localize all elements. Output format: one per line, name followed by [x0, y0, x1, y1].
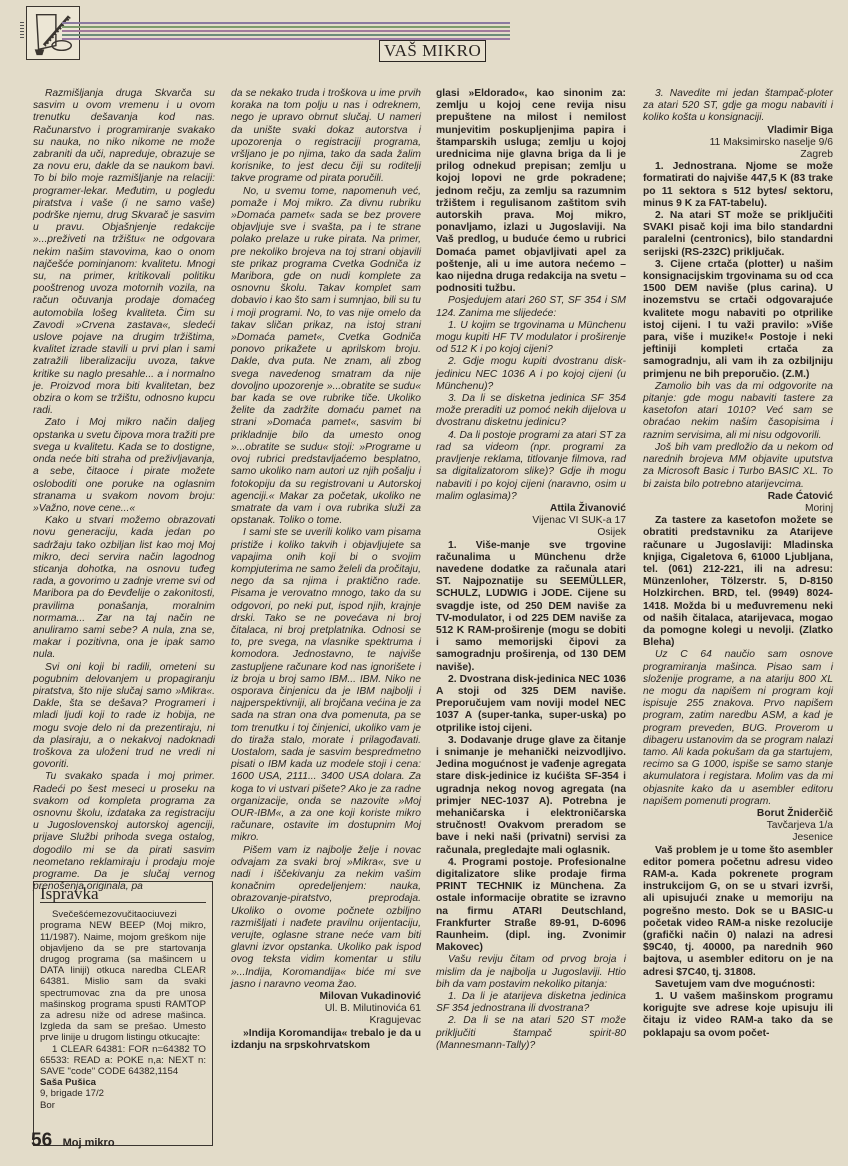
paragraph: da se nekako truda i troškova u ime prvi…: [231, 88, 421, 186]
column-3: glasi »Eldorado«, kao sinonim za: zemlju…: [436, 88, 626, 1052]
column-1: Razmišljanja druga Skvarča su sasvim u o…: [33, 88, 215, 893]
reply-paragraph: 3. Dodavanje druge glave za čitanje i sn…: [436, 735, 626, 857]
correction-body: Svečešćemezovučitaociuvezi programa NEW …: [40, 909, 206, 1043]
column-2: da se nekako truda i troškova u ime prvi…: [231, 88, 421, 1052]
reply-paragraph: Vaš problem je u tome što asembler edito…: [643, 845, 833, 979]
paragraph: I sami ste se uverili koliko vam pisama …: [231, 527, 421, 844]
reply-paragraph: Za tastere za kasetofon možete se obrati…: [643, 515, 833, 649]
section-title: VAŠ MIKRO: [379, 40, 486, 62]
paragraph: No, u svemu tome, napomenuh već, pomaže …: [231, 186, 421, 528]
page-number: 56: [31, 1130, 52, 1151]
paragraph: Kako u stvari možemo obrazovati novu gen…: [33, 515, 215, 661]
signature-address: 11 Maksimirsko naselje 9/6: [643, 137, 833, 149]
header-stripes: [62, 22, 510, 42]
letter-paragraph: 1. Da li je atarijeva disketna jedinica …: [436, 991, 626, 1015]
signature-address: Tavčarjeva 1/a: [643, 820, 833, 832]
magazine-name: Moj mikro: [63, 1137, 115, 1149]
signature-address: Ul. B. Milutinovića 61: [231, 1003, 421, 1015]
letter-paragraph: Zamolio bih vas da mi odgovorite na pita…: [643, 381, 833, 442]
paragraph: Pišem vam iz najbolje želje i novac odva…: [231, 845, 421, 991]
signature-address: Vijenac VI SUK-a 17: [436, 515, 626, 527]
correction-city: Bor: [40, 1100, 206, 1111]
decorative-ticks: [20, 22, 24, 40]
editor-reply: glasi »Eldorado«, kao sinonim za: zemlju…: [436, 88, 626, 295]
signature-city: Osijek: [436, 527, 626, 539]
signature-city: Jesenice: [643, 832, 833, 844]
correction-address: 9, brigade 17/2: [40, 1088, 206, 1099]
reply-paragraph: 1. Više-manje sve trgovine računalima u …: [436, 540, 626, 674]
signature-city: Zagreb: [643, 149, 833, 161]
letter-paragraph: 1. U kojim se trgovinama u Münchenu mogu…: [436, 320, 626, 357]
paragraph: Razmišljanja druga Skvarča su sasvim u o…: [33, 88, 215, 417]
reply-paragraph: 4. Programi postoje. Profesionalne digit…: [436, 857, 626, 955]
column-4: 3. Navedite mi jedan štampač-ploter za a…: [643, 88, 833, 1040]
correction-title: Ispravka: [40, 888, 206, 903]
reply-paragraph: Savetujem vam dve mogućnosti:: [643, 979, 833, 991]
correction-box: Ispravka Svečešćemezovučitaociuvezi prog…: [33, 881, 213, 1146]
editor-reply: »Indija Koromandija« trebalo je da u izd…: [231, 1028, 421, 1052]
letter-paragraph: 2. Da li se na atari 520 ST može priklju…: [436, 1015, 626, 1052]
letter-paragraph: Još bih vam predložio da u nekom od nare…: [643, 442, 833, 491]
correction-code: 1 CLEAR 64381: FOR n=64382 TO 65533: REA…: [40, 1044, 206, 1078]
paragraph: Zato i Moj mikro način daljeg opstanka u…: [33, 417, 215, 515]
reply-paragraph: 2. Dvostrana disk-jedinica NEC 1036 A st…: [436, 674, 626, 735]
signature-name: Borut Žniderčič: [643, 808, 833, 820]
letter-paragraph: Posjedujem atari 260 ST, SF 354 i SM 124…: [436, 295, 626, 319]
letter-paragraph: 2. Gdje mogu kupiti dvostranu disk-jedin…: [436, 356, 626, 393]
correction-author: Saša Pušica: [40, 1077, 206, 1088]
letter-paragraph: 4. Da li postoje programi za atari ST za…: [436, 430, 626, 503]
reply-paragraph: 2. Na atari ST može se priključiti SVAKI…: [643, 210, 833, 259]
signature-name: Rade Ćatović: [643, 491, 833, 503]
signature-name: Attila Živanović: [436, 503, 626, 515]
reply-paragraph: 3. Cijene crtača (plotter) u našim konsi…: [643, 259, 833, 381]
letter-paragraph: Vašu reviju čitam od prvog broja i misli…: [436, 954, 626, 991]
signature-city: Morinj: [643, 503, 833, 515]
reply-paragraph: 1. Jednostrana. Njome se može formatirat…: [643, 161, 833, 210]
page-footer: 56 Moj mikro: [31, 1130, 115, 1152]
paragraph: Tu svakako spada i moj primer. Radeći po…: [33, 771, 215, 893]
letter-paragraph: 3. Da li se disketna jedinica SF 354 mož…: [436, 393, 626, 430]
signature-city: Kragujevac: [231, 1015, 421, 1027]
reply-paragraph: 1. U vašem mašinskom programu korigujte …: [643, 991, 833, 1040]
letter-paragraph: 3. Navedite mi jedan štampač-ploter za a…: [643, 88, 833, 125]
signature-name: Vladimir Biga: [643, 125, 833, 137]
paragraph: Svi oni koji bi radili, ometeni su pogub…: [33, 662, 215, 772]
letter-paragraph: Uz C 64 naučio sam osnove programiranja …: [643, 649, 833, 808]
signature-name: Milovan Vukadinović: [231, 991, 421, 1003]
